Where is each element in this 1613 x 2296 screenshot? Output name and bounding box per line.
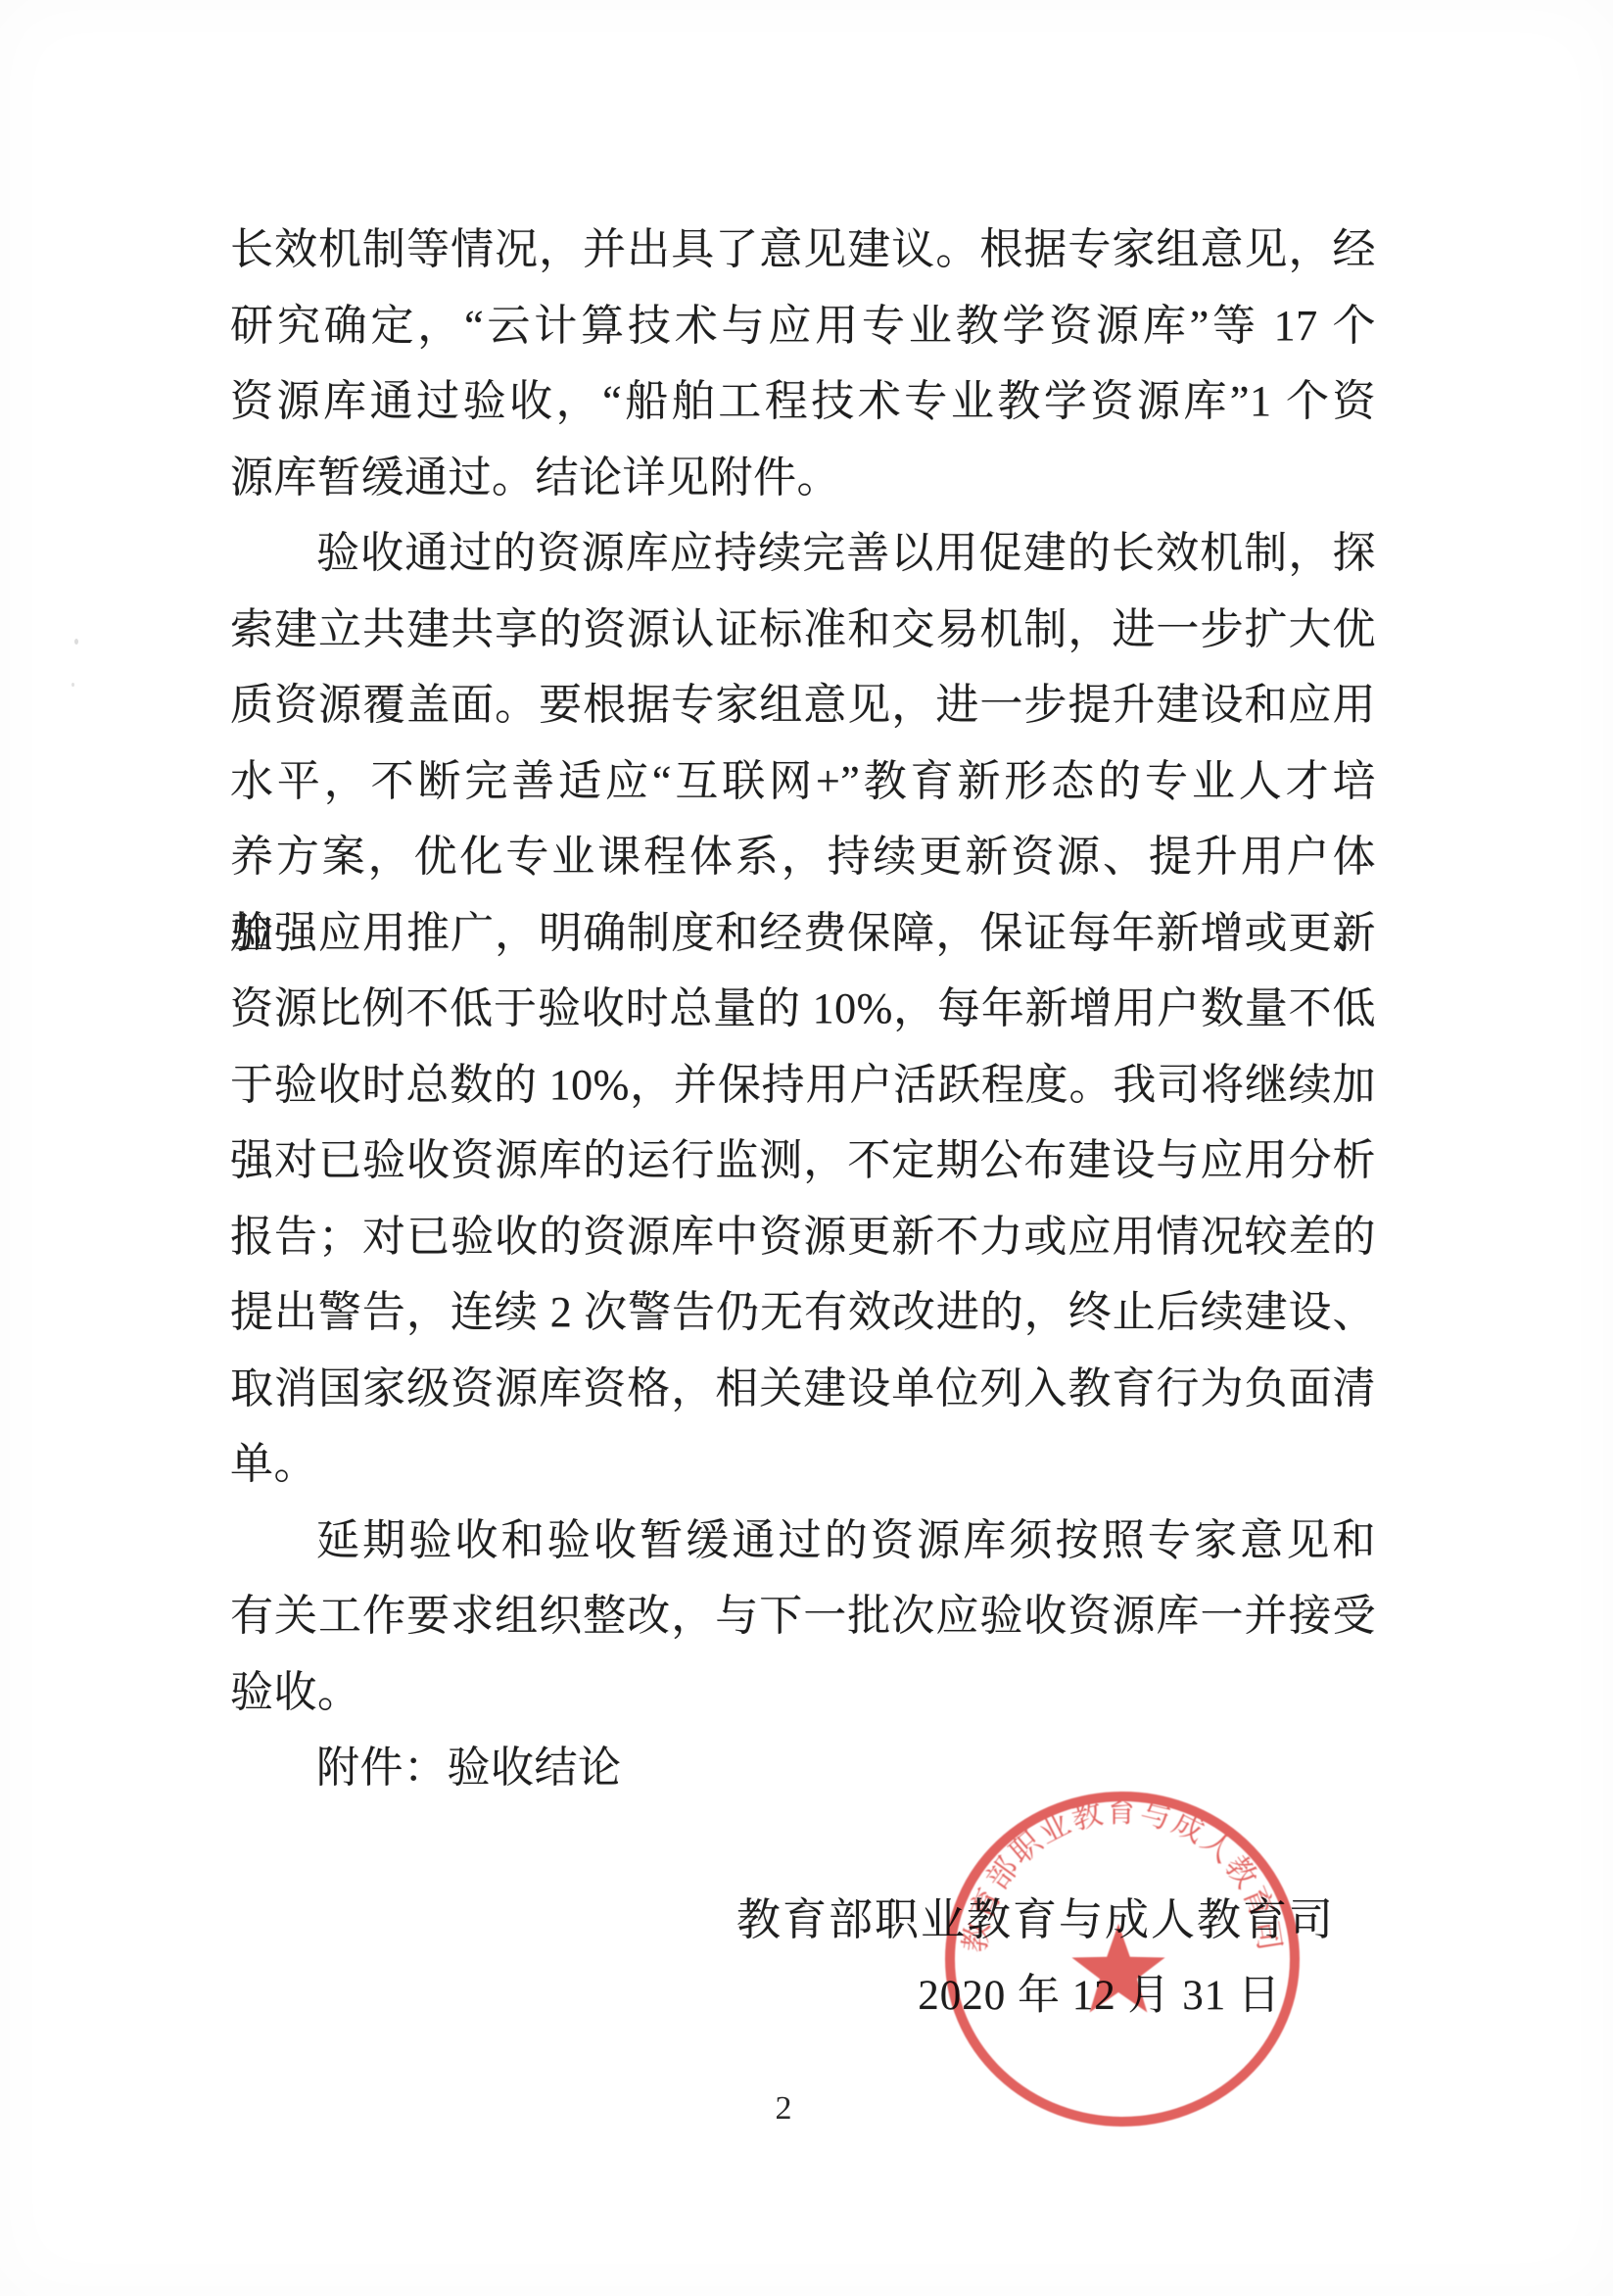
document-page: 长效机制等情况，并出具了意见建议。根据专家组意见，经研究确定，“云计算技术与应用…: [0, 0, 1613, 2296]
text-line: 验收通过的资源库应持续完善以用促建的长效机制，探: [230, 515, 1376, 592]
text-line: 加强应用推广，明确制度和经费保障，保证每年新增或更新: [230, 895, 1376, 972]
star-icon: [1071, 1924, 1164, 2013]
scan-speck: [74, 639, 78, 645]
text-line: 取消国家级资源库资格，相关建设单位列入教育行为负面清: [230, 1351, 1376, 1427]
text-line: 单。: [230, 1426, 1376, 1503]
text-line: 源库暂缓通过。结论详见附件。: [230, 440, 1376, 516]
text-line: 有关工作要求组织整改，与下一批次应验收资源库一并接受: [230, 1578, 1376, 1654]
official-seal-stamp: 教育部职业教育与成人教育司: [926, 1771, 1318, 2153]
text-line: 报告；对已验收的资源库中资源更新不力或应用情况较差的: [230, 1199, 1376, 1275]
text-line: 长效机制等情况，并出具了意见建议。根据专家组意见，经: [230, 212, 1376, 288]
text-line: 强对已验收资源库的运行监测，不定期公布建设与应用分析: [230, 1123, 1376, 1199]
text-line: 研究确定，“云计算技术与应用专业教学资源库”等 17 个: [230, 288, 1376, 364]
scan-speck: [71, 683, 74, 687]
text-line: 质资源覆盖面。要根据专家组意见，进一步提升建设和应用: [230, 667, 1376, 743]
text-line: 资源比例不低于验收时总量的 10%，每年新增用户数量不低: [230, 971, 1376, 1047]
text-line: 水平，不断完善适应“互联网+”教育新形态的专业人才培: [230, 743, 1376, 820]
text-line: 验收。: [230, 1654, 1376, 1731]
page-number: 2: [754, 2090, 813, 2128]
text-line: 养方案，优化专业课程体系，持续更新资源、提升用户体验、: [230, 819, 1376, 895]
text-line: 资源库通过验收，“船舶工程技术专业教学资源库”1 个资: [230, 363, 1376, 440]
seal-arc-text: 教育部职业教育与成人教育司: [957, 1794, 1287, 1955]
text-line: 延期验收和验收暂缓通过的资源库须按照专家意见和: [230, 1503, 1376, 1579]
text-line: 提出警告，连续 2 次警告仍无有效改进的，终止后续建设、: [230, 1274, 1376, 1351]
body-text: 长效机制等情况，并出具了意见建议。根据专家组意见，经研究确定，“云计算技术与应用…: [230, 212, 1376, 1806]
text-line: 于验收时总数的 10%，并保持用户活跃程度。我司将继续加: [230, 1047, 1376, 1124]
text-line: 索建立共建共享的资源认证标准和交易机制，进一步扩大优: [230, 592, 1376, 668]
